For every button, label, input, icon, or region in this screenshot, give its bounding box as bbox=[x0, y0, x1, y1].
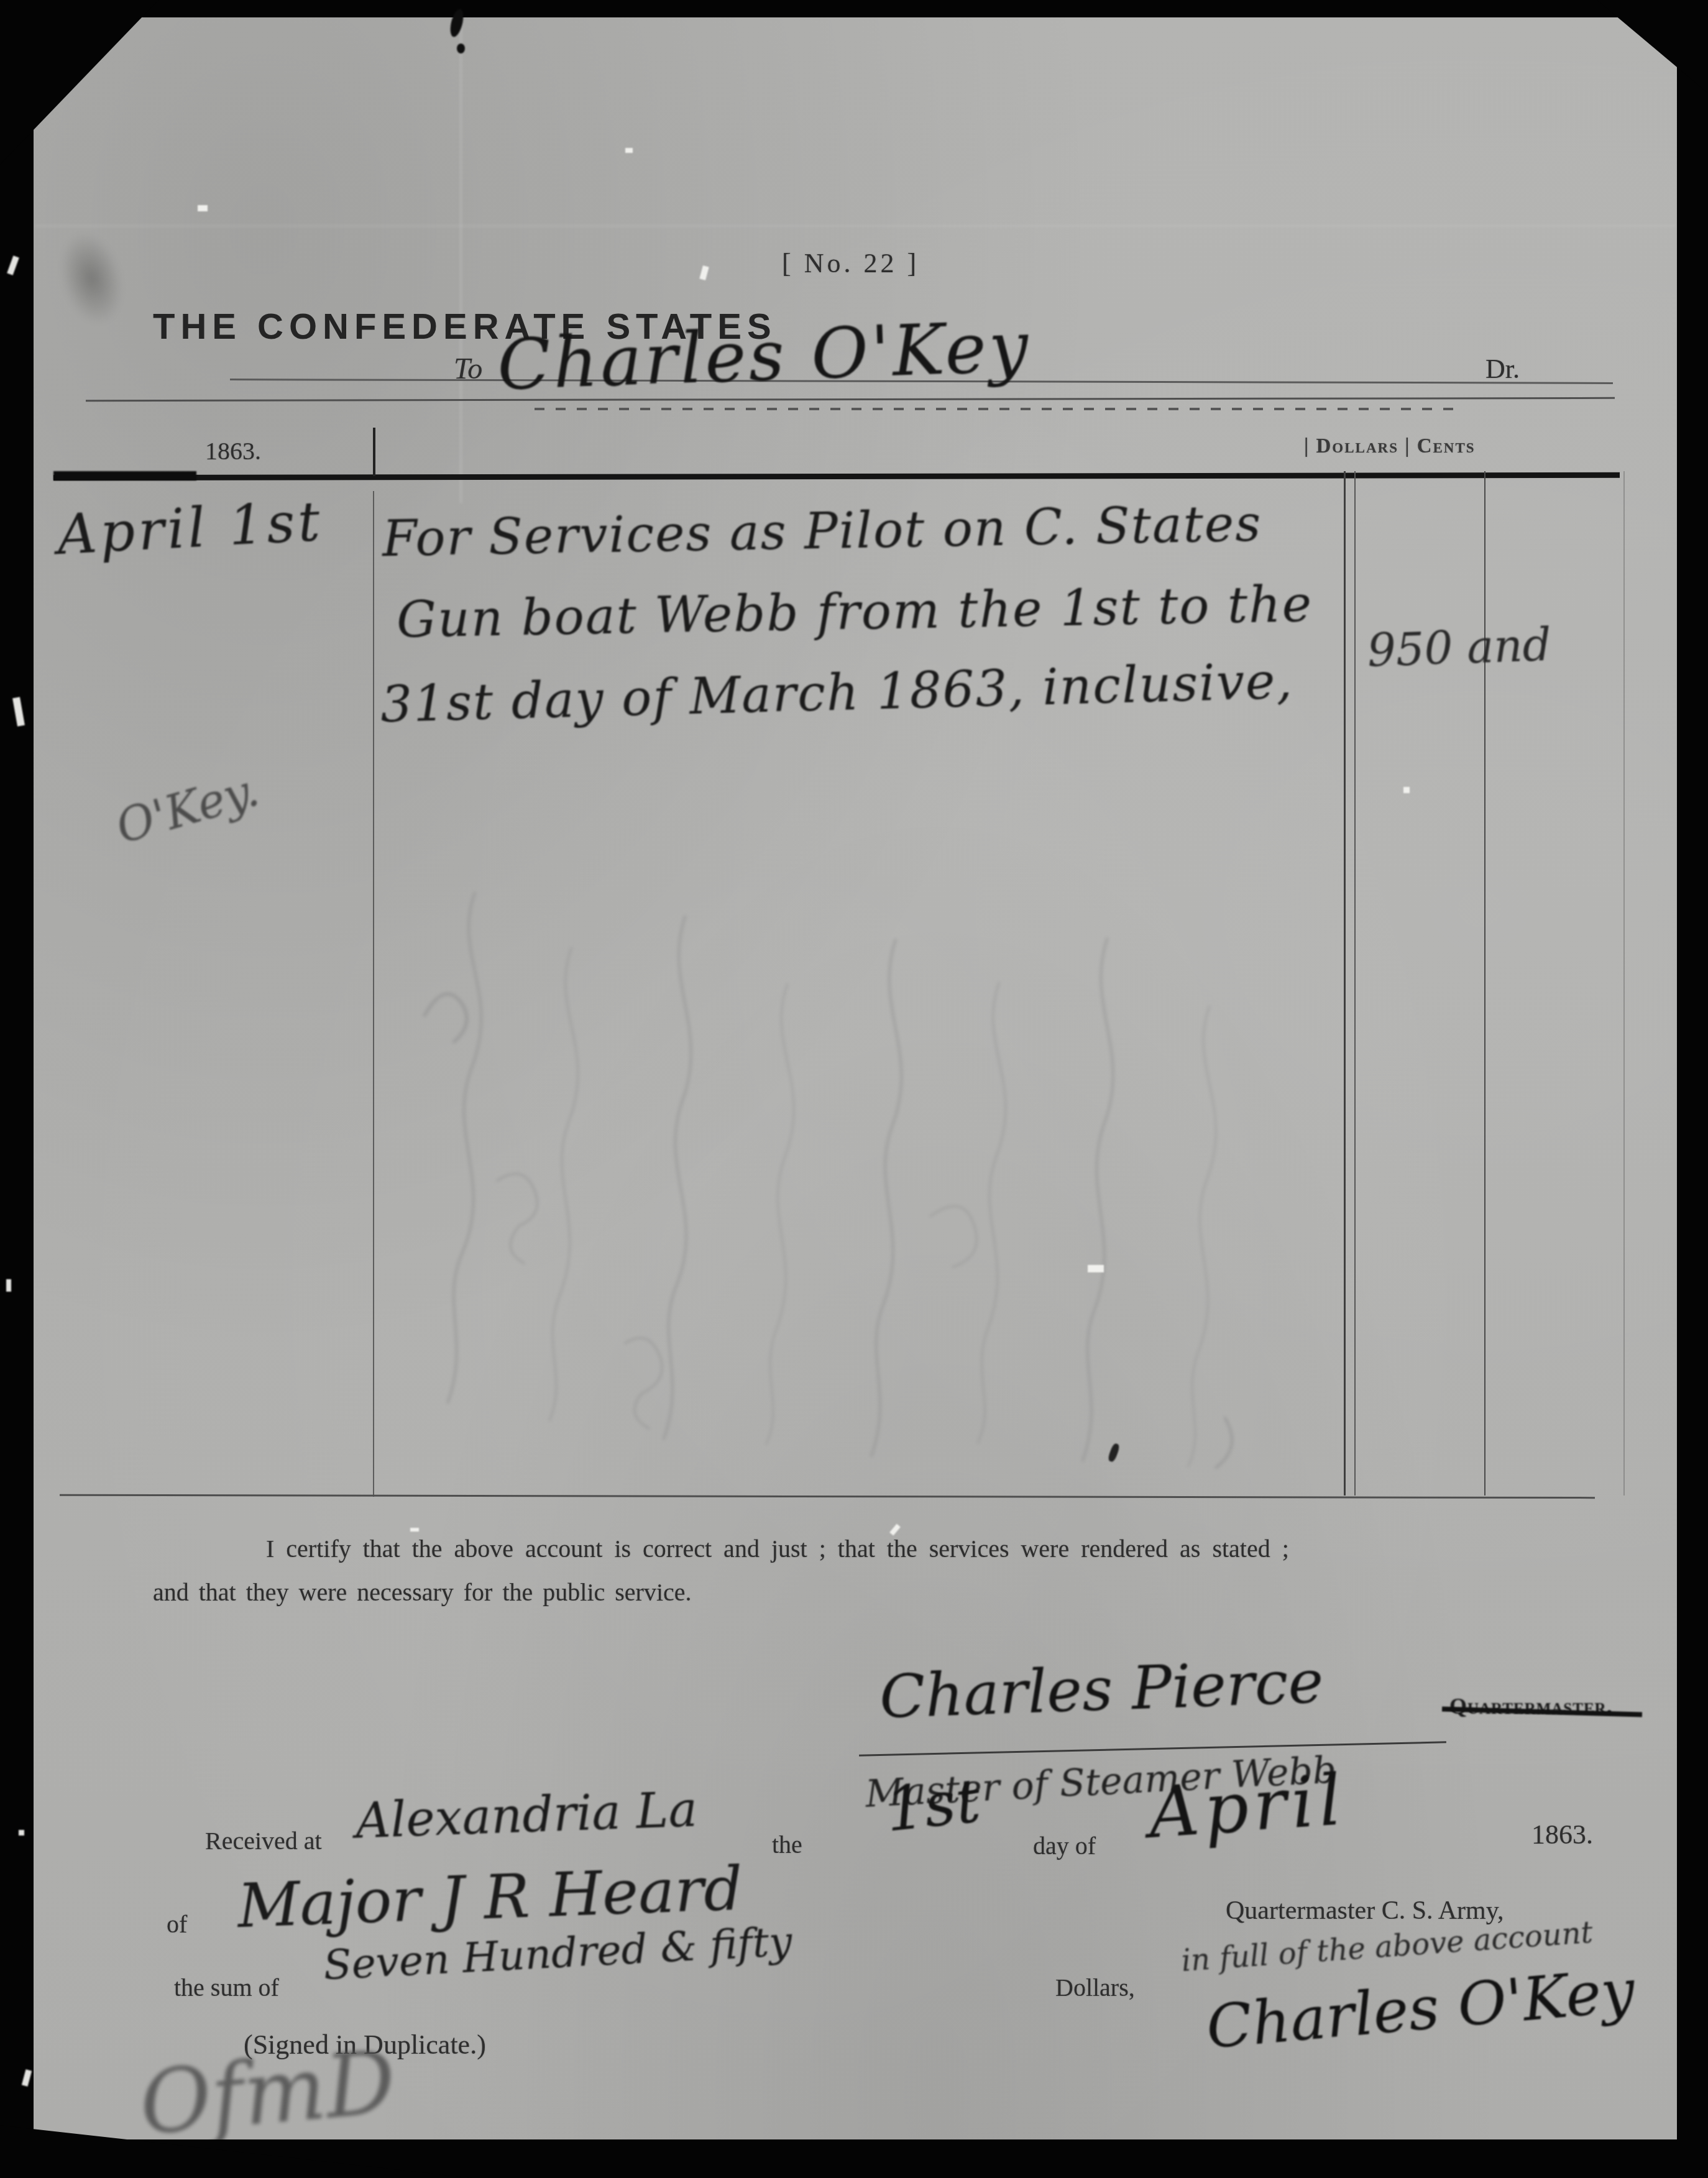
top-ink-dot bbox=[457, 44, 465, 53]
received-at-label: Received at bbox=[205, 1826, 322, 1855]
paper-speck bbox=[1403, 787, 1410, 793]
table-heavy-rule-blob bbox=[53, 471, 196, 480]
date-column-divider bbox=[373, 491, 374, 1497]
certification-line-2: and that they were necessary for the pub… bbox=[153, 1578, 692, 1607]
dr-label: Dr. bbox=[1485, 353, 1520, 385]
table-right-line bbox=[1623, 471, 1625, 1496]
dollars-column-line-b bbox=[1354, 471, 1356, 1496]
table-column-headers: | Dollars | Cents bbox=[1304, 435, 1476, 458]
of-label: of bbox=[167, 1909, 187, 1939]
sum-of-label: the sum of bbox=[174, 1973, 279, 2002]
payee-dotted-underline bbox=[535, 408, 1454, 410]
border-right bbox=[1677, 0, 1708, 2178]
certification-line-1: I certify that the above account is corr… bbox=[266, 1534, 1289, 1563]
form-number: [ No. 22 ] bbox=[782, 247, 919, 279]
dollars-column-line-a bbox=[1344, 471, 1346, 1496]
paper-speck bbox=[1088, 1265, 1104, 1272]
to-label: To bbox=[454, 352, 482, 386]
fold-crease-horizontal bbox=[35, 225, 1676, 227]
receipt-place: Alexandria La bbox=[355, 1781, 699, 1849]
border-left bbox=[0, 0, 34, 2178]
header-date-divider bbox=[373, 428, 375, 476]
film-speck bbox=[6, 1279, 11, 1292]
day-of-label: day of bbox=[1033, 1831, 1096, 1860]
table-year-header: 1863. bbox=[205, 436, 261, 466]
paper-speck bbox=[410, 1528, 419, 1532]
ink-bleedthrough bbox=[358, 864, 1357, 1504]
dollars-label: Dollars, bbox=[1055, 1973, 1135, 2002]
receipt-year: 1863. bbox=[1531, 1819, 1593, 1850]
border-top bbox=[0, 0, 1708, 17]
receipt-month: April bbox=[1146, 1760, 1349, 1854]
the-label: the bbox=[772, 1830, 802, 1859]
fold-crease bbox=[460, 19, 462, 503]
film-speck bbox=[19, 1830, 24, 1836]
entry-amount: 950 and bbox=[1367, 618, 1552, 677]
paper-speck bbox=[625, 148, 633, 153]
scanned-voucher-page: [ No. 22 ] THE CONFEDERATE STATES To Cha… bbox=[0, 0, 1708, 2178]
receipt-day: 1st bbox=[882, 1765, 983, 1845]
paper-speck bbox=[198, 205, 208, 211]
quartermaster-title: Quartermaster C. S. Army, bbox=[1226, 1896, 1504, 1926]
